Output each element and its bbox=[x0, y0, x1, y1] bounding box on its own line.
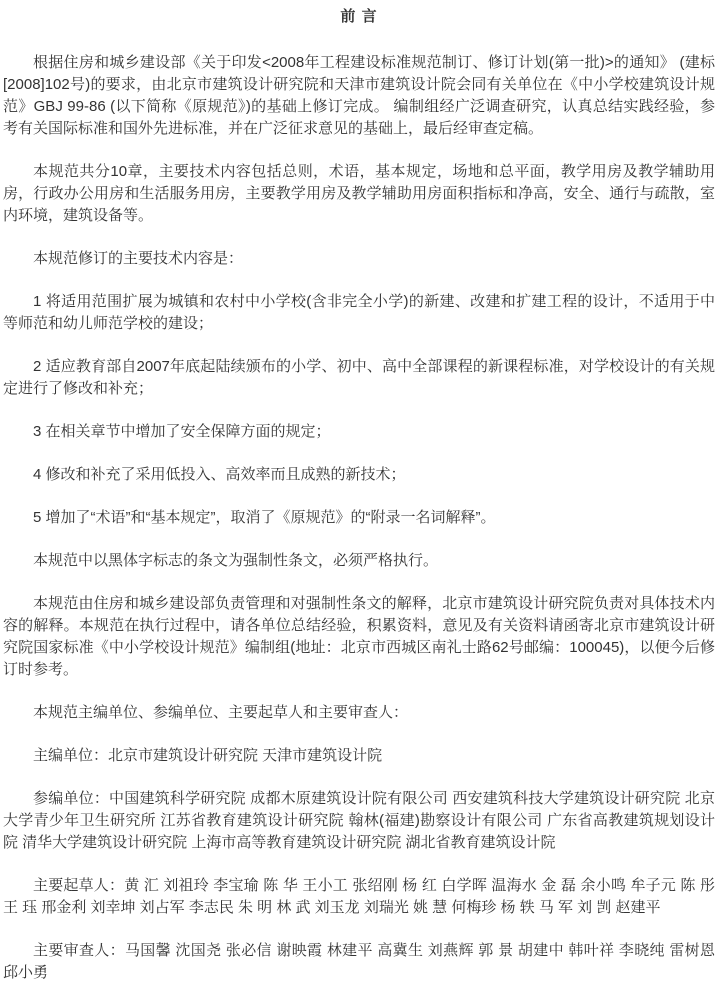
page-title: 前 言 bbox=[3, 6, 715, 28]
para-credits-intro: 本规范主编单位、参编单位、主要起草人和主要审查人： bbox=[3, 702, 715, 724]
document-page: 前 言 根据住房和城乡建设部《关于印发<2008年工程建设标准规范制订、修订计划… bbox=[0, 0, 718, 990]
para-mandatory-provisions: 本规范中以黑体字标志的条文为强制性条文，必须严格执行。 bbox=[3, 550, 715, 572]
para-revision-item-3: 3 在相关章节中增加了安全保障方面的规定； bbox=[3, 421, 715, 443]
para-main-drafters: 主要起草人：黄 汇 刘祖玲 李宝瑜 陈 华 王小工 张绍刚 杨 红 白学晖 温海… bbox=[3, 875, 715, 919]
para-revision-basis: 根据住房和城乡建设部《关于印发<2008年工程建设标准规范制订、修订计划(第一批… bbox=[3, 52, 715, 140]
para-chief-editing-units: 主编单位：北京市建筑设计研究院 天津市建筑设计院 bbox=[3, 745, 715, 767]
para-main-reviewers: 主要审查人：马国馨 沈国尧 张必信 谢映霞 林建平 高冀生 刘燕辉 郭 景 胡建… bbox=[3, 940, 715, 984]
para-chapter-contents: 本规范共分10章，主要技术内容包括总则，术语，基本规定，场地和总平面，教学用房及… bbox=[3, 161, 715, 227]
para-interpretation-and-feedback: 本规范由住房和城乡建设部负责管理和对强制性条文的解释，北京市建筑设计研究院负责对… bbox=[3, 593, 715, 681]
para-participating-units: 参编单位：中国建筑科学研究院 成都木原建筑设计院有限公司 西安建筑科技大学建筑设… bbox=[3, 788, 715, 854]
para-revision-item-2: 2 适应教育部自2007年底起陆续颁布的小学、初中、高中全部课程的新课程标准，对… bbox=[3, 356, 715, 400]
para-revision-item-1: 1 将适用范围扩展为城镇和农村中小学校(含非完全小学)的新建、改建和扩建工程的设… bbox=[3, 291, 715, 335]
para-revision-item-5: 5 增加了“术语”和“基本规定”，取消了《原规范》的“附录一名词解释”。 bbox=[3, 507, 715, 529]
para-revision-intro: 本规范修订的主要技术内容是： bbox=[3, 248, 715, 270]
para-revision-item-4: 4 修改和补充了采用低投入、高效率而且成熟的新技术； bbox=[3, 464, 715, 486]
